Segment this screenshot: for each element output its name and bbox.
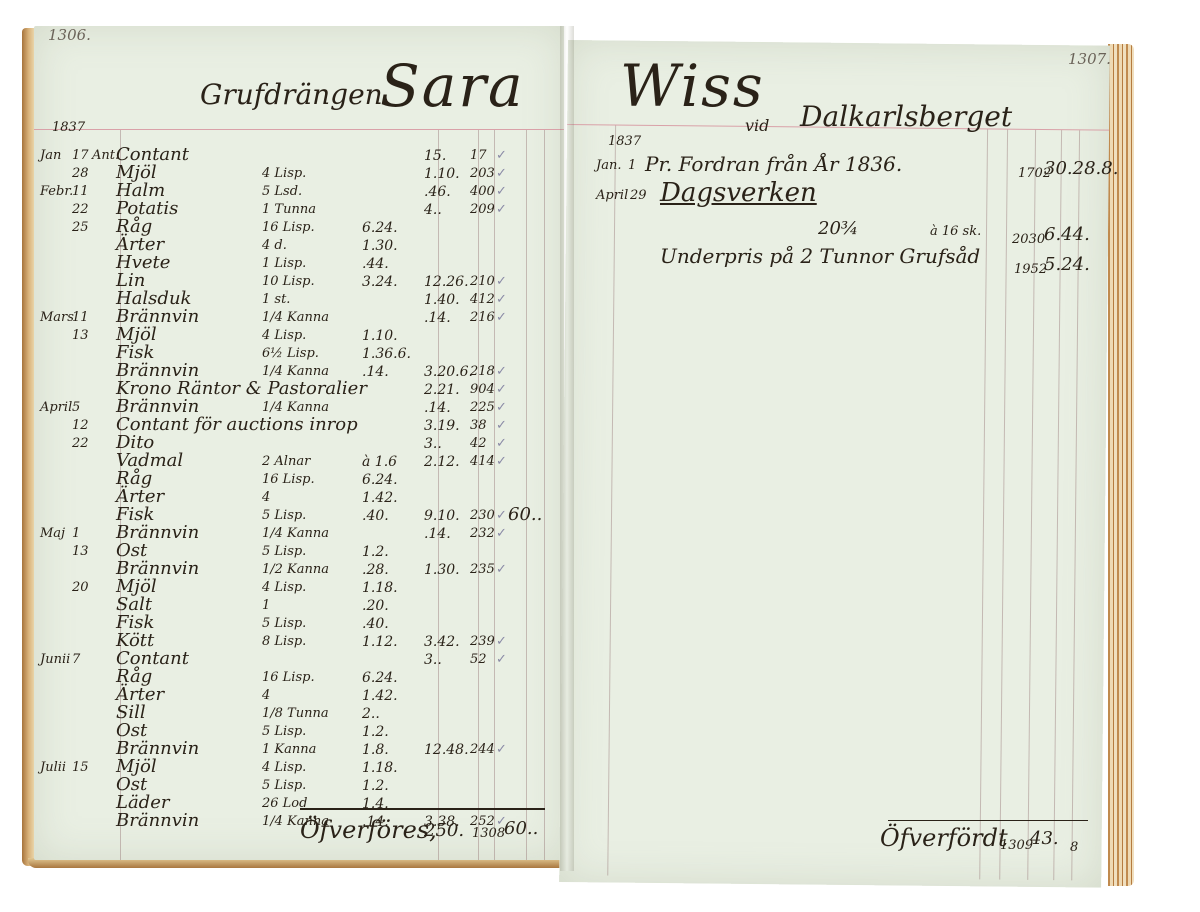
header-place: Dalkarlsberget: [800, 100, 1012, 133]
entry-folio: 2030: [1012, 232, 1045, 247]
entry-month: Febr.: [40, 184, 73, 199]
entry-day: 22: [72, 436, 89, 451]
entry-amount: 2.12.: [424, 454, 460, 470]
entry-amount: 1.30.: [424, 562, 460, 578]
entry-amount: .14.: [424, 400, 451, 416]
entry-unit-amount: 1.18.: [362, 580, 398, 596]
book-gutter: [560, 26, 574, 871]
entry-day: 11: [72, 184, 89, 199]
entry-folio: 203: [470, 166, 495, 181]
check-mark-icon: ✓: [496, 292, 507, 307]
entry-folio: 414: [470, 454, 495, 469]
entry-amount: 3..: [424, 436, 442, 452]
entry-day: 11: [72, 310, 89, 325]
total-rule: [300, 808, 545, 810]
entry-quantity: 16 Lisp.: [262, 220, 315, 235]
entry-unit-amount: 1.18.: [362, 760, 398, 776]
entry-unit-amount: 1.42.: [362, 490, 398, 506]
entry-month: Jan: [40, 148, 61, 163]
entry-folio: 904: [470, 382, 495, 397]
entry-quantity: 10 Lisp.: [262, 274, 315, 289]
check-mark-icon: ✓: [496, 508, 507, 523]
entry-unit-amount: 6.24.: [362, 472, 398, 488]
check-mark-icon: ✓: [496, 364, 507, 379]
check-mark-icon: ✓: [496, 148, 507, 163]
entry-amount: .14.: [424, 310, 451, 326]
carry-forward-amount: 43.: [1030, 828, 1059, 849]
entry-quantity: 4 Lisp.: [262, 580, 306, 595]
entry-folio: 235: [470, 562, 495, 577]
entry-folio: 239: [470, 634, 495, 649]
entry-quantity: 4 Lisp.: [262, 760, 306, 775]
page-number-right: 1307.: [1068, 50, 1111, 68]
entry-amount: 12.26.: [424, 274, 469, 290]
check-mark-icon: ✓: [496, 166, 507, 181]
entry-quantity: 6½ Lisp.: [262, 346, 319, 361]
entry-amount: 15.: [424, 148, 446, 164]
entry-amount: 30.28.8.: [1044, 158, 1118, 179]
entry-unit-amount: 6.24.: [362, 670, 398, 686]
entry-amount: .14.: [424, 526, 451, 542]
entry-amount: 1.10.: [424, 166, 460, 182]
entry-day: 20: [72, 580, 89, 595]
check-mark-icon: ✓: [496, 202, 507, 217]
entry-day: 22: [72, 202, 89, 217]
entry-item: Brännvin: [116, 810, 199, 831]
entry-quantity: 4: [262, 490, 270, 505]
entry-month: Julii: [40, 760, 66, 775]
entry-quantity: 5 Lisp.: [262, 508, 306, 523]
entry-unit-amount: 1.30.: [362, 238, 398, 254]
entry-month: Mars: [40, 310, 74, 325]
entry-unit-amount: à 1.6: [362, 454, 397, 470]
entry-amount: 3.42.: [424, 634, 460, 650]
entry-amount: 2.21.: [424, 382, 460, 398]
entry-folio: 209: [470, 202, 495, 217]
header-suffix: vid: [745, 116, 769, 135]
entry-amount: 4..: [424, 202, 442, 218]
entry-folio: 232: [470, 526, 495, 541]
entry-quantity: 5 Lisp.: [262, 616, 306, 631]
entry-quantity: 4: [262, 688, 270, 703]
entry-unit-amount: 1.10.: [362, 328, 398, 344]
entry-quantity: 1 Lisp.: [262, 256, 306, 271]
check-mark-icon: ✓: [496, 418, 507, 433]
entry-folio: 244: [470, 742, 495, 757]
header-surname: Wiss: [620, 52, 765, 120]
entry-folio: 218: [470, 364, 495, 379]
entry-day: 29: [630, 188, 647, 203]
entry-amount: 3.20.6.: [424, 364, 473, 380]
entry-unit-amount: 1.12.: [362, 634, 398, 650]
entry-day: 1: [72, 526, 80, 541]
check-mark-icon: ✓: [496, 652, 507, 667]
entry-quantity: 1: [262, 598, 270, 613]
column-rule: [999, 130, 1008, 880]
check-mark-icon: ✓: [496, 184, 507, 199]
entry-unit-amount: 1.8.: [362, 742, 389, 758]
carry-forward-label: Öfverföres,: [300, 816, 437, 844]
entry-item: Pr. Fordran från År 1836.: [645, 152, 902, 176]
entry-amount: 1.40.: [424, 292, 460, 308]
entry-unit-amount: .20.: [362, 598, 389, 614]
entry-item: Underpris på 2 Tunnor Grufsåd: [660, 244, 980, 268]
entry-quantity: 5 Lsd.: [262, 184, 302, 199]
entry-quantity: 5 Lisp.: [262, 544, 306, 559]
entry-month: April: [596, 188, 628, 203]
entry-amount: .46.: [424, 184, 451, 200]
check-mark-icon: ✓: [496, 454, 507, 469]
entry-folio: 230: [470, 508, 495, 523]
entry-folio: 52: [470, 652, 487, 667]
carry-forward-extra: 60..: [504, 818, 538, 839]
entry-month: April: [40, 400, 72, 415]
entry-unit-amount: .40.: [362, 616, 389, 632]
entry-day: 17: [72, 148, 89, 163]
book-edge-left: [22, 28, 34, 866]
entry-quantity: 20¾: [818, 218, 858, 239]
entry-folio: 1952: [1014, 262, 1047, 277]
entry-unit-amount: .28.: [362, 562, 389, 578]
entry-unit-amount: .44.: [362, 256, 389, 272]
entry-folio: 17: [470, 148, 487, 163]
carry-forward-amount: 250.: [424, 820, 464, 841]
entry-day: 1: [628, 158, 636, 173]
entry-month: Maj: [40, 526, 65, 541]
entry-extra: 60..: [508, 504, 542, 525]
entry-amount: 3.19.: [424, 418, 460, 434]
entry-quantity: 1/4 Kanna: [262, 310, 329, 325]
carry-forward-folio: 1308: [472, 826, 505, 841]
check-mark-icon: ✓: [496, 436, 507, 451]
entry-quantity: 2 Alnar: [262, 454, 310, 469]
check-mark-icon: ✓: [496, 400, 507, 415]
entry-quantity: 4 Lisp.: [262, 166, 306, 181]
column-rule: [979, 129, 988, 879]
total-rule: [888, 820, 1088, 821]
entry-day: 13: [72, 544, 89, 559]
entry-quantity: 1 Kanna: [262, 742, 316, 757]
entry-day: 13: [72, 328, 89, 343]
check-mark-icon: ✓: [496, 634, 507, 649]
entry-unit-amount: 3.24.: [362, 274, 398, 290]
entry-month: Junii: [40, 652, 70, 667]
check-mark-icon: ✓: [496, 382, 507, 397]
entry-unit-amount: 6.24.: [362, 220, 398, 236]
entry-folio: 412: [470, 292, 495, 307]
column-rule: [526, 130, 527, 860]
entry-quantity: 8 Lisp.: [262, 634, 306, 649]
carry-forward-extra: 8: [1070, 840, 1078, 855]
entry-amount: 5.24.: [1044, 254, 1090, 275]
entry-day: 15: [72, 760, 89, 775]
check-mark-icon: ✓: [496, 274, 507, 289]
entry-rate: à 16 sk.: [930, 224, 981, 239]
entry-unit-amount: 1.2.: [362, 544, 389, 560]
entry-quantity: 5 Lisp.: [262, 724, 306, 739]
entry-folio: 216: [470, 310, 495, 325]
entry-unit-amount: .40.: [362, 508, 389, 524]
entry-amount: 9.10.: [424, 508, 460, 524]
column-rule: [607, 125, 616, 875]
entry-folio: 42: [470, 436, 487, 451]
column-rule: [544, 130, 545, 860]
entry-quantity: 1/8 Tunna: [262, 706, 329, 721]
entry-folio: 210: [470, 274, 495, 289]
carry-forward-folio: 1309: [1000, 838, 1033, 853]
entry-unit-amount: 2..: [362, 706, 380, 722]
check-mark-icon: ✓: [496, 742, 507, 757]
year-right: 1837: [608, 134, 641, 149]
entry-unit-amount: 1.42.: [362, 688, 398, 704]
year-left: 1837: [52, 120, 85, 135]
entry-day: 28: [72, 166, 89, 181]
carry-forward-label: Öfverfördt: [880, 824, 1008, 852]
entry-quantity: 4 Lisp.: [262, 328, 306, 343]
entry-unit-amount: 1.36.6.: [362, 346, 411, 362]
entry-quantity: 1 st.: [262, 292, 290, 307]
header-name: Sara: [380, 52, 525, 120]
entry-quantity: 16 Lisp.: [262, 472, 315, 487]
header-prefix: Grufdrängen: [200, 78, 383, 111]
entry-folio: 38: [470, 418, 487, 433]
entry-amount: 3..: [424, 652, 442, 668]
entry-quantity: 5 Lisp.: [262, 778, 306, 793]
entry-quantity: 1/4 Kanna: [262, 400, 329, 415]
entry-folio: 225: [470, 400, 495, 415]
entry-amount: 6.44.: [1044, 224, 1090, 245]
entry-unit-amount: 1.2.: [362, 724, 389, 740]
header-rule: [34, 129, 564, 130]
check-mark-icon: ✓: [496, 310, 507, 325]
entry-quantity: 1/4 Kanna: [262, 526, 329, 541]
check-mark-icon: ✓: [496, 562, 507, 577]
entry-quantity: 4 d.: [262, 238, 287, 253]
entry-month: Jan.: [596, 158, 621, 173]
entry-day: 25: [72, 220, 89, 235]
entry-quantity: 16 Lisp.: [262, 670, 315, 685]
entry-quantity: 1 Tunna: [262, 202, 316, 217]
page-number-left: 1306.: [48, 26, 91, 44]
entry-amount: 12.48.: [424, 742, 469, 758]
entry-unit-amount: 1.2.: [362, 778, 389, 794]
entry-day: 7: [72, 652, 80, 667]
entry-day: 5: [72, 400, 80, 415]
entry-day: 12: [72, 418, 89, 433]
entry-folio: 400: [470, 184, 495, 199]
entry-item: Dagsverken: [660, 178, 817, 208]
entry-quantity: 1/2 Kanna: [262, 562, 329, 577]
check-mark-icon: ✓: [496, 526, 507, 541]
entry-quantity: 1/4 Kanna: [262, 364, 329, 379]
